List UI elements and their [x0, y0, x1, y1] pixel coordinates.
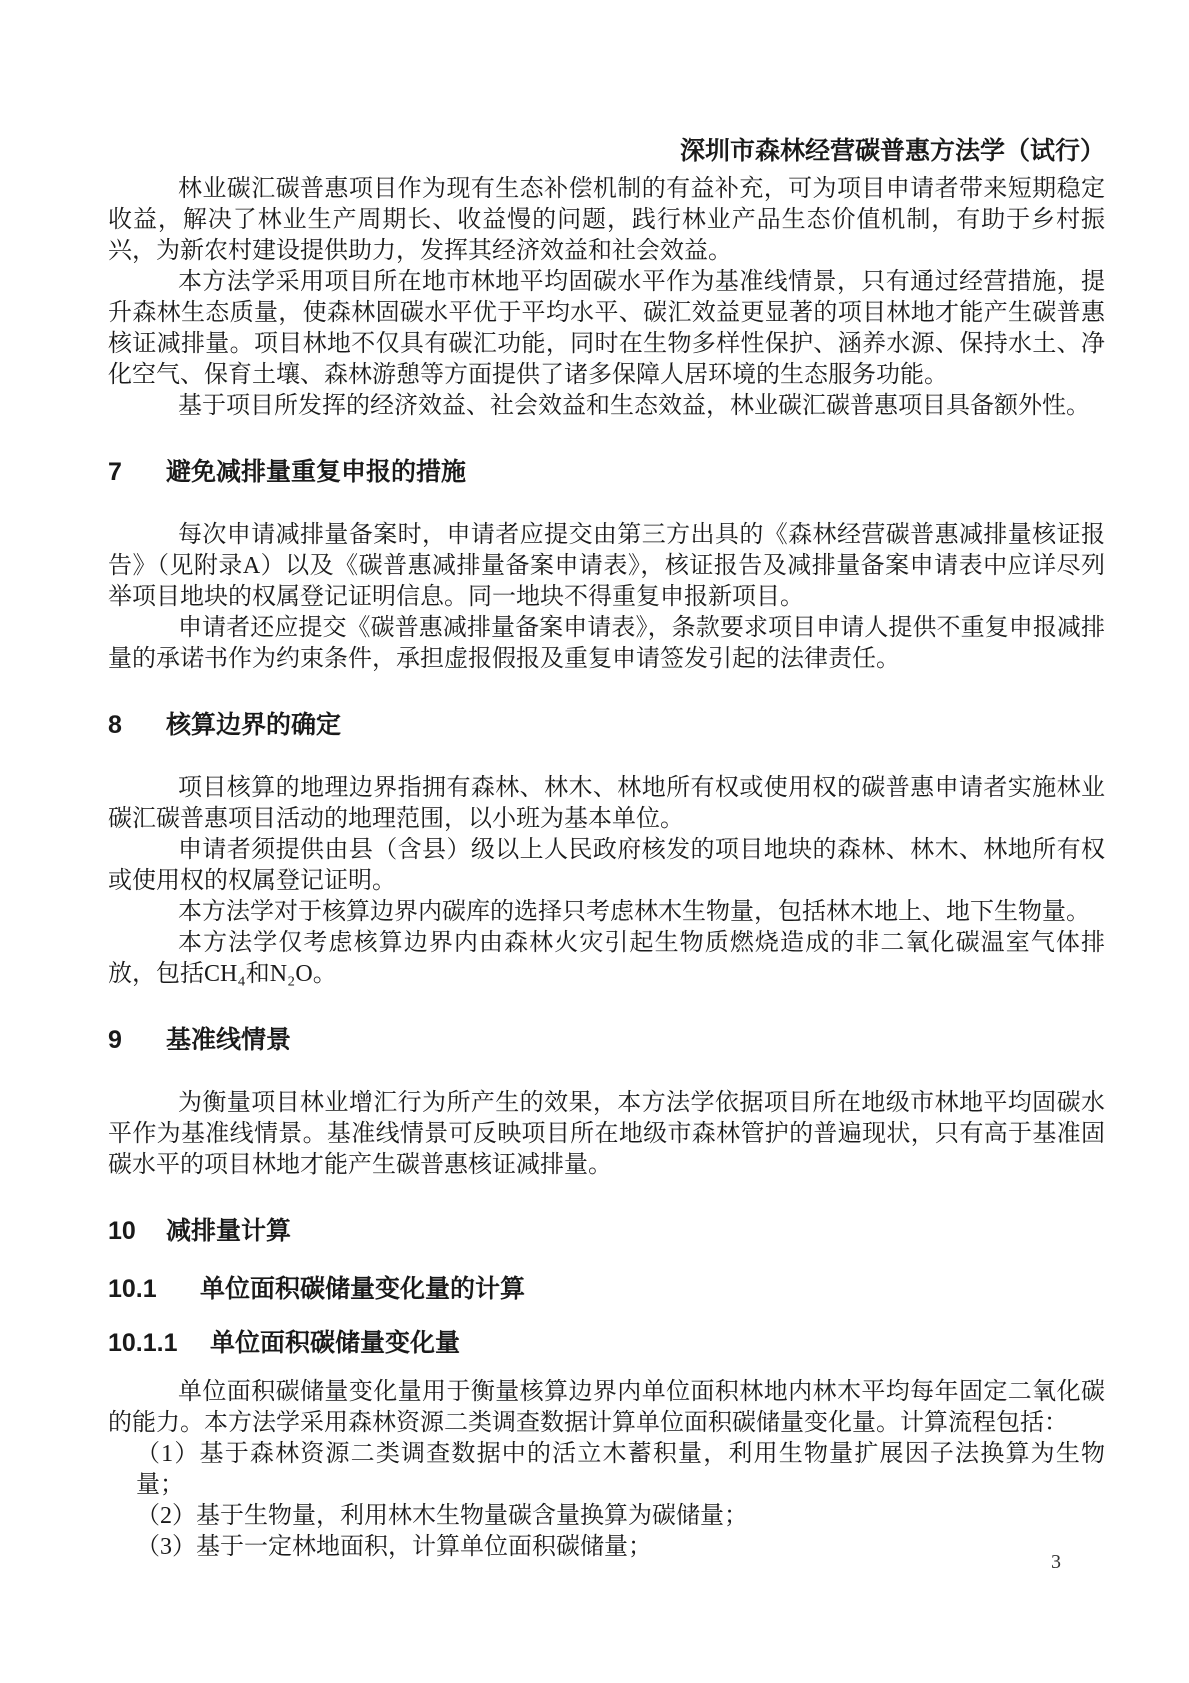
- document-page: 深圳市森林经营碳普惠方法学（试行） 林业碳汇碳普惠项目作为现有生态补偿机制的有益…: [0, 0, 1189, 1683]
- section-10-title: 减排量计算: [166, 1217, 291, 1245]
- section-9-heading: 9基准线情景: [108, 1024, 1105, 1056]
- section-10-1-title: 单位面积碳储量变化量的计算: [200, 1275, 525, 1303]
- calc-step-item-2: （2）基于生物量，利用林木生物量碳含量换算为碳储量；: [108, 1501, 1105, 1532]
- section-10-1-heading: 10.1单位面积碳储量变化量的计算: [108, 1273, 1105, 1305]
- section-10-number: 10: [108, 1215, 166, 1247]
- section-7-paragraph-2: 申请者还应提交《碳普惠减排量备案申请表》，条款要求项目申请人提供不重复申报减排量…: [108, 613, 1105, 675]
- intro-paragraph-1: 林业碳汇碳普惠项目作为现有生态补偿机制的有益补充，可为项目申请者带来短期稳定收益…: [108, 174, 1105, 267]
- running-header-title: 深圳市森林经营碳普惠方法学（试行）: [108, 136, 1105, 166]
- section-7-title: 避免减排量重复申报的措施: [166, 458, 466, 486]
- section-9-paragraph-1: 为衡量项目林业增汇行为所产生的效果，本方法学依据项目所在地级市林地平均固碳水平作…: [108, 1088, 1105, 1181]
- section-7-heading: 7避免减排量重复申报的措施: [108, 456, 1105, 488]
- document-content: 深圳市森林经营碳普惠方法学（试行） 林业碳汇碳普惠项目作为现有生态补偿机制的有益…: [108, 136, 1105, 1563]
- section-10-1-1-paragraph-1: 单位面积碳储量变化量用于衡量核算边界内单位面积林地内林木平均每年固定二氧化碳的能…: [108, 1377, 1105, 1439]
- calc-step-item-3: （3）基于一定林地面积，计算单位面积碳储量；: [108, 1532, 1105, 1563]
- intro-paragraph-2: 本方法学采用项目所在地市林地平均固碳水平作为基准线情景，只有通过经营措施，提升森…: [108, 267, 1105, 391]
- intro-paragraph-3: 基于项目所发挥的经济效益、社会效益和生态效益，林业碳汇碳普惠项目具备额外性。: [108, 391, 1105, 422]
- section-8-paragraph-2: 申请者须提供由县（含县）级以上人民政府核发的项目地块的森林、林木、林地所有权或使…: [108, 835, 1105, 897]
- section-10-1-1-heading: 10.1.1单位面积碳储量变化量: [108, 1327, 1105, 1359]
- section-8-title: 核算边界的确定: [166, 711, 341, 739]
- section-7-number: 7: [108, 456, 166, 488]
- section-8-number: 8: [108, 709, 166, 741]
- section-9-number: 9: [108, 1024, 166, 1056]
- section-10-1-1-title: 单位面积碳储量变化量: [210, 1329, 460, 1357]
- section-8-paragraph-4: 本方法学仅考虑核算边界内由森林火灾引起生物质燃烧造成的非二氧化碳温室气体排放，包…: [108, 928, 1105, 990]
- section-7-paragraph-1: 每次申请减排量备案时，申请者应提交由第三方出具的《森林经营碳普惠减排量核证报告》…: [108, 520, 1105, 613]
- section-9-title: 基准线情景: [166, 1026, 291, 1054]
- section-10-1-1-number: 10.1.1: [108, 1327, 210, 1359]
- page-number: 3: [1051, 1550, 1061, 1574]
- section-10-heading: 10减排量计算: [108, 1215, 1105, 1247]
- section-8-paragraph-1: 项目核算的地理边界指拥有森林、林木、林地所有权或使用权的碳普惠申请者实施林业碳汇…: [108, 773, 1105, 835]
- section-8-heading: 8核算边界的确定: [108, 709, 1105, 741]
- calc-step-item-1: （1）基于森林资源二类调查数据中的活立木蓄积量，利用生物量扩展因子法换算为生物量…: [108, 1439, 1105, 1501]
- section-8-paragraph-3: 本方法学对于核算边界内碳库的选择只考虑林木生物量，包括林木地上、地下生物量。: [108, 897, 1105, 928]
- section-10-1-number: 10.1: [108, 1273, 200, 1305]
